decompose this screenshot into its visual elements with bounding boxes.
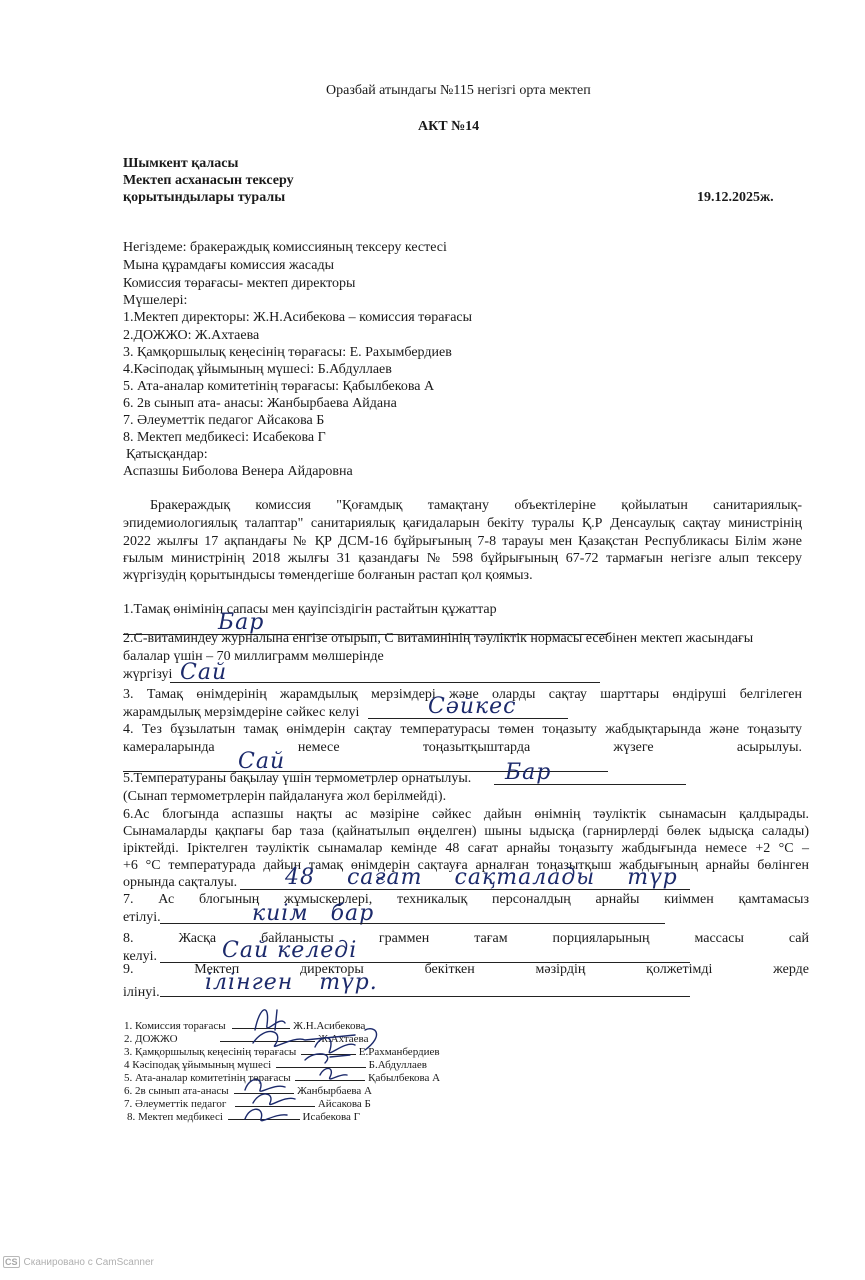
member-5: 5. Ата-аналар комитетінің төрағасы: Қабы… — [123, 378, 434, 396]
member-1: 1.Мектеп директоры: Ж.Н.Асибекова – коми… — [123, 309, 472, 327]
item-7-line-2: етілуі. — [123, 909, 161, 927]
watermark-text: Сканировано с CamScanner — [24, 1257, 154, 1268]
paragraph-line-3: 2022 жылғы 17 ақпандағы № ҚР ДСМ-16 бұйр… — [123, 533, 802, 551]
item-2-line-1: 2.С-витаминдеу журналына енгізе отырып, … — [123, 630, 753, 648]
basis: Негіздеме: бракераждық комиссияның тексе… — [123, 239, 447, 257]
item-8-answer: Сай келеді — [222, 938, 357, 963]
item-6-line-1: 6.Ас блогында аспазшы нақты ас мәзіріне … — [123, 806, 809, 824]
item-4-line-1: 4. Тез бұзылатын тамақ өнімдерін сақтау … — [123, 721, 802, 739]
camscanner-logo-icon: CS — [3, 1256, 20, 1268]
item-3-line — [368, 718, 568, 719]
item-1-text: 1.Тамақ өнімінің сапасы мен қауіпсіздігі… — [123, 601, 497, 619]
scanner-watermark: CS Сканировано с CamScanner — [3, 1256, 154, 1268]
paragraph-line-1: Бракераждық комиссия "Қоғамдық тамақтану… — [150, 497, 802, 515]
item-7-line — [160, 923, 665, 924]
member-8: 8. Мектеп медбикесі: Исабекова Г — [123, 429, 326, 447]
city: Шымкент қаласы — [123, 155, 238, 173]
item-3-line-2: жарамдылық мерзімдеріне сәйкес келуі — [123, 704, 359, 722]
participant: Аспазшы Биболова Венера Айдаровна — [123, 463, 353, 481]
participants-label: Қатысқандар: — [126, 446, 208, 464]
member-6: 6. 2в сынып ата- анасы: Жанбырбаева Айда… — [123, 395, 397, 413]
item-6-line-5: орнында сақталуы. — [123, 874, 237, 892]
handwritten-signatures — [225, 995, 395, 1130]
subject-line-1: Мектеп асханасын тексеру — [123, 172, 294, 190]
subject-line-2: қорытындылары туралы — [123, 189, 285, 207]
item-2-line — [170, 682, 600, 683]
signature-role: 8. Мектеп медбикесі — [127, 1111, 223, 1123]
act-date: 19.12.2025ж. — [697, 189, 774, 207]
item-7-line-1: 7. Ас блогының жұмыскерлері, техникалық … — [123, 891, 809, 909]
item-6-answer: 48 сағат сақталады түр — [285, 865, 678, 890]
school-name: Оразбай атындагы №115 негізгі орта мекте… — [326, 82, 591, 100]
chair: Комиссия төрағасы- мектеп директоры — [123, 275, 355, 293]
item-9-answer: ілінген түр. — [205, 970, 378, 995]
act-title: АКТ №14 — [418, 118, 479, 136]
member-3: 3. Қамқоршылық кеңесінің төрағасы: Е. Ра… — [123, 344, 452, 362]
item-6-line-2: Сынамаларды қақпағы бар таза (қайнатылып… — [123, 823, 809, 841]
item-6-line-3: іріктейді. Іріктелген тәуліктік сынамала… — [123, 840, 809, 858]
item-3-answer: Сәйкес — [428, 694, 517, 719]
item-2-line-3: жүргізуі — [123, 666, 172, 684]
item-9-line-2: ілінуі. — [123, 984, 160, 1002]
paragraph-line-4: ғылым министрінің 2018 жылғы 31 қазандағ… — [123, 550, 802, 568]
item-4-line-2: камераларында немесе тоңазытқыштарда жүз… — [123, 739, 802, 757]
member-4: 4.Кәсіподақ ұйымының мүшесі: Б.Абдуллаев — [123, 361, 392, 379]
paragraph-line-5: жүргізудің қорытындысы төмендегіше болға… — [123, 567, 533, 585]
paragraph-line-2: эпидемиологиялық талаптар" санитариялық … — [123, 515, 802, 533]
item-5-answer: Бар — [505, 760, 551, 785]
member-7: 7. Әлеуметтік педагог Айсакова Б — [123, 412, 324, 430]
members-label: Мүшелері: — [123, 292, 187, 310]
item-5-line-2: (Сынап термометрлерін пайдалануға жол бе… — [123, 788, 446, 806]
item-5-line — [494, 784, 686, 785]
composition: Мына құрамдағы комиссия жасады — [123, 257, 334, 275]
member-2: 2.ДОЖЖО: Ж.Ахтаева — [123, 327, 259, 345]
item-5-line-1: 5.Температураны бақылау үшін термометрле… — [123, 770, 471, 788]
item-6-line — [240, 889, 690, 890]
item-2-line-2: балалар үшін – 70 миллиграмм мөлшерінде — [123, 648, 384, 666]
